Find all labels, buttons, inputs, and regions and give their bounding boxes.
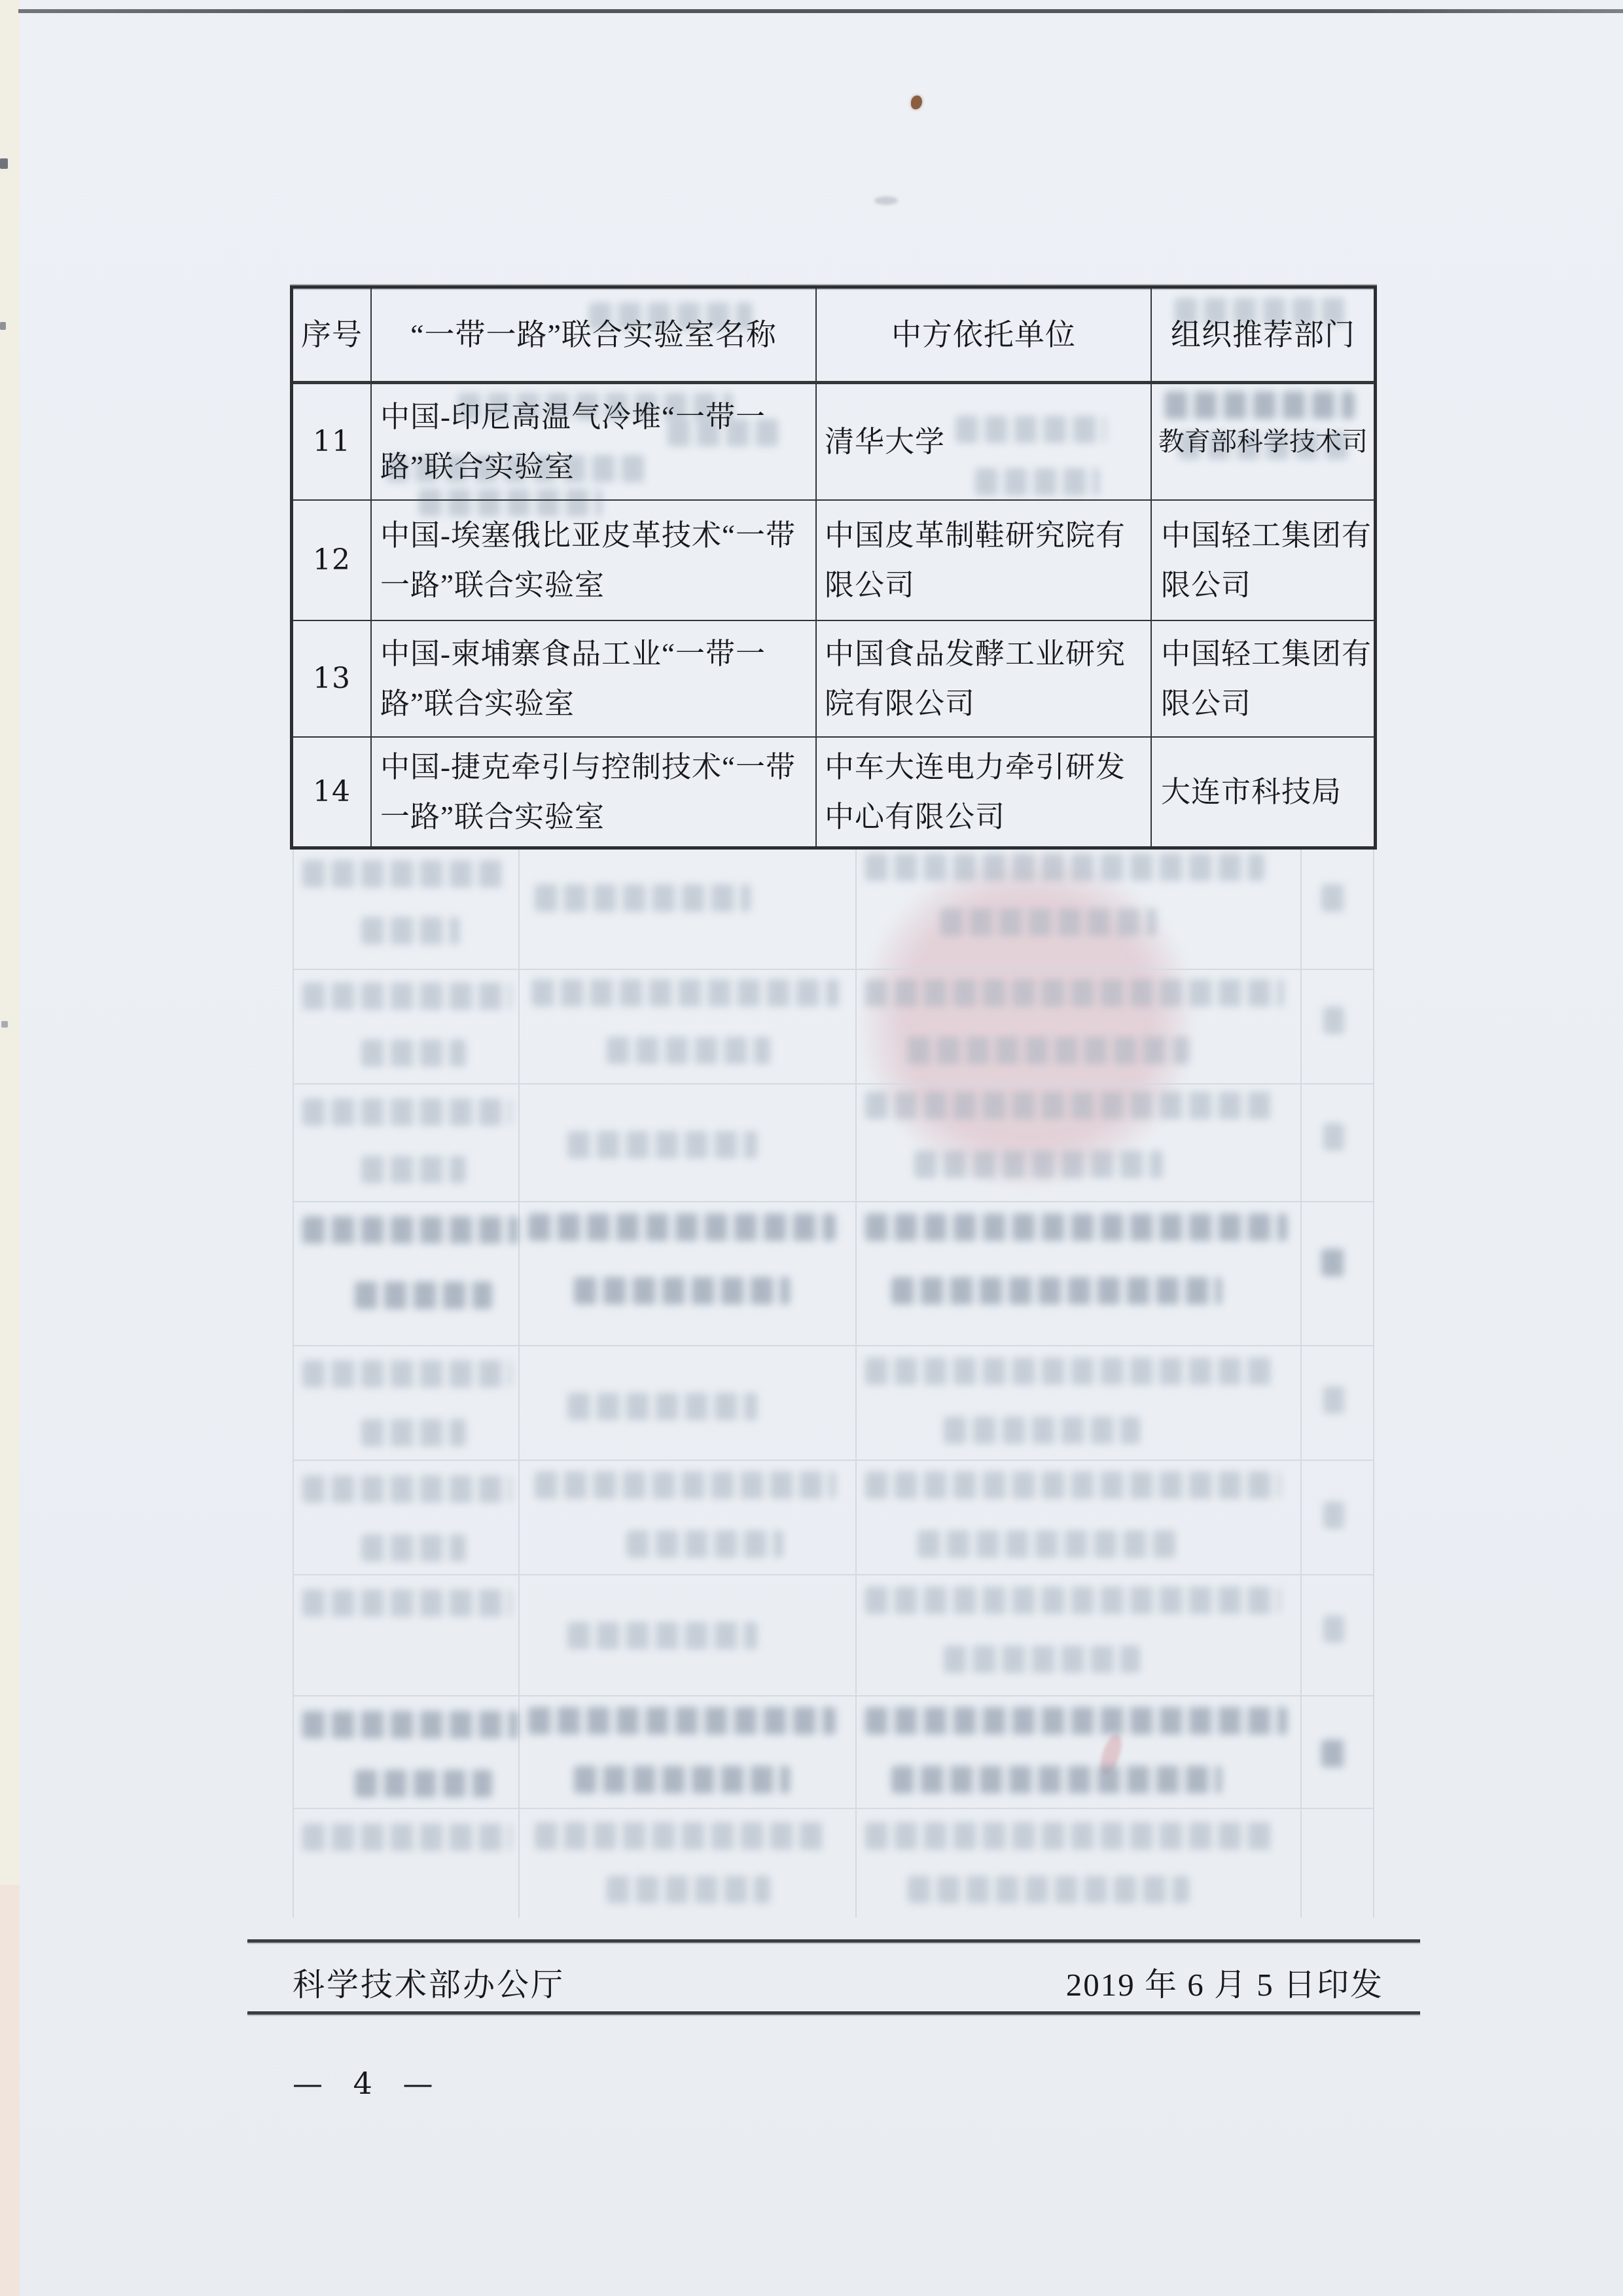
ghost-gridline-v (518, 848, 520, 1918)
row12-no: 12 (293, 501, 372, 621)
ghost-text-smudge (891, 1277, 1222, 1304)
ghost-gridline-h (293, 969, 1374, 970)
ghost-text-smudge (361, 1534, 466, 1562)
ghost-text-smudge (574, 1277, 790, 1304)
ghost-gridline-v (855, 848, 857, 1918)
ghost-text-smudge (302, 1360, 512, 1388)
ghost-gridline-v (1373, 848, 1374, 1918)
ghost-text-smudge (1323, 1007, 1344, 1034)
bleed-through-table (293, 848, 1374, 1918)
ghost-text-smudge (361, 1039, 466, 1067)
ghost-text-smudge (1323, 1501, 1344, 1529)
row14-no: 14 (293, 738, 372, 846)
scanned-document-page: 序号 “一带一路”联合实验室名称 中方依托单位 组织推荐部门 11 中国-印尼高… (0, 0, 1623, 2296)
ghost-gridline-h (293, 1201, 1374, 1202)
ghost-text-smudge (1323, 1615, 1344, 1643)
ghost-text-smudge (865, 1357, 1271, 1385)
ghost-text-smudge (944, 1645, 1140, 1673)
table-header-dept: 组织推荐部门 (1152, 289, 1374, 384)
labs-table: 序号 “一带一路”联合实验室名称 中方依托单位 组织推荐部门 11 中国-印尼高… (290, 285, 1377, 850)
table-header-name: “一带一路”联合实验室名称 (372, 289, 817, 384)
ghost-text-smudge (535, 1471, 836, 1499)
ghost-text-smudge (865, 1213, 1287, 1241)
row11-name: 中国-印尼高温气冷堆“一带一路”联合实验室 (372, 384, 817, 501)
ghost-gridline-h (293, 1695, 1374, 1696)
row13-dept: 中国轻工集团有限公司 (1152, 621, 1374, 738)
ghost-gridline-h (293, 1574, 1374, 1575)
ghost-text-smudge (567, 1131, 757, 1158)
ghost-text-smudge (1323, 1386, 1344, 1414)
ghost-gridline-v (1300, 848, 1302, 1918)
row13-no: 13 (293, 621, 372, 738)
ghost-text-smudge (528, 1213, 836, 1241)
ghost-text-smudge (940, 908, 1156, 936)
row11-unit: 清华大学 (817, 384, 1152, 501)
ghost-text-smudge (891, 1766, 1222, 1793)
table-header-unit: 中方依托单位 (817, 289, 1152, 384)
scan-artifact (1, 1021, 8, 1028)
ghost-text-smudge (535, 884, 751, 912)
ghost-text-smudge (302, 860, 508, 888)
ghost-text-smudge (865, 979, 1284, 1007)
table-header-no: 序号 (293, 289, 372, 384)
ghost-text-smudge (1321, 1740, 1345, 1767)
ghost-text-smudge (361, 1156, 466, 1183)
ghost-text-smudge (567, 1622, 757, 1649)
footer-rule-top (247, 1939, 1420, 1943)
scan-smudge (874, 196, 898, 205)
row14-unit: 中车大连电力牵引研发中心有限公司 (817, 738, 1152, 846)
ghost-text-smudge (607, 1037, 770, 1064)
row14-name: 中国-捷克牵引与控制技术“一带一路”联合实验室 (372, 738, 817, 846)
ghost-text-smudge (531, 979, 839, 1007)
ghost-text-smudge (528, 1707, 836, 1734)
ghost-text-smudge (626, 1530, 783, 1558)
ghost-text-smudge (1321, 884, 1345, 912)
ghost-text-smudge (944, 1416, 1140, 1444)
ghost-text-smudge (865, 1587, 1281, 1614)
ghost-gridline-h (293, 1808, 1374, 1809)
ghost-gridline-h (293, 1083, 1374, 1085)
ghost-text-smudge (567, 1393, 757, 1420)
ghost-text-smudge (865, 1092, 1271, 1119)
ghost-text-smudge (574, 1766, 790, 1793)
ghost-text-smudge (1321, 1249, 1345, 1276)
ghost-text-smudge (535, 1822, 829, 1850)
ghost-text-smudge (1323, 1123, 1344, 1151)
footer-issuer: 科学技术部办公厅 (293, 1960, 565, 2005)
ghost-text-smudge (865, 1822, 1277, 1850)
row13-unit: 中国食品发酵工业研究院有限公司 (817, 621, 1152, 738)
ghost-text-smudge (361, 1419, 466, 1446)
ghost-text-smudge (302, 1711, 518, 1738)
footer-print-date: 2019 年 6 月 5 日印发 (1066, 1960, 1383, 2005)
ghost-text-smudge (355, 1770, 492, 1797)
row11-no: 11 (293, 384, 372, 501)
ghost-text-smudge (865, 1471, 1281, 1499)
ghost-text-smudge (865, 853, 1264, 881)
ghost-text-smudge (908, 1876, 1189, 1903)
scan-edge-line (18, 9, 1623, 13)
ghost-gridline-h (293, 1460, 1374, 1461)
footer-rule-bottom (247, 2011, 1420, 2015)
ghost-gridline-v (293, 848, 294, 1918)
ghost-gridline-h (293, 1345, 1374, 1346)
ghost-text-smudge (302, 1475, 512, 1503)
scan-artifact (0, 322, 6, 330)
ghost-text-smudge (908, 1037, 1189, 1064)
ghost-text-smudge (302, 1216, 518, 1244)
scan-artifact (0, 158, 8, 169)
ghost-text-smudge (302, 982, 512, 1010)
row12-name: 中国-埃塞俄比亚皮革技术“一带一路”联合实验室 (372, 501, 817, 621)
row14-dept: 大连市科技局 (1152, 738, 1374, 846)
row12-unit: 中国皮革制鞋研究院有限公司 (817, 501, 1152, 621)
ghost-text-smudge (302, 1098, 512, 1126)
row13-name: 中国-柬埔寨食品工业“一带一路”联合实验室 (372, 621, 817, 738)
ghost-text-smudge (302, 1589, 512, 1617)
ghost-text-smudge (918, 1530, 1179, 1558)
ghost-text-smudge (607, 1876, 770, 1903)
ghost-text-smudge (302, 1823, 512, 1851)
ghost-text-smudge (355, 1282, 492, 1309)
page-number: — 4 — (293, 2066, 444, 2101)
row12-dept: 中国轻工集团有限公司 (1152, 501, 1374, 621)
ghost-text-smudge (361, 917, 459, 944)
scan-margin-tint (0, 1885, 20, 2296)
row11-dept: 教育部科学技术司 (1152, 384, 1374, 501)
ghost-text-smudge (914, 1151, 1163, 1178)
ghost-text-smudge (865, 1707, 1287, 1734)
